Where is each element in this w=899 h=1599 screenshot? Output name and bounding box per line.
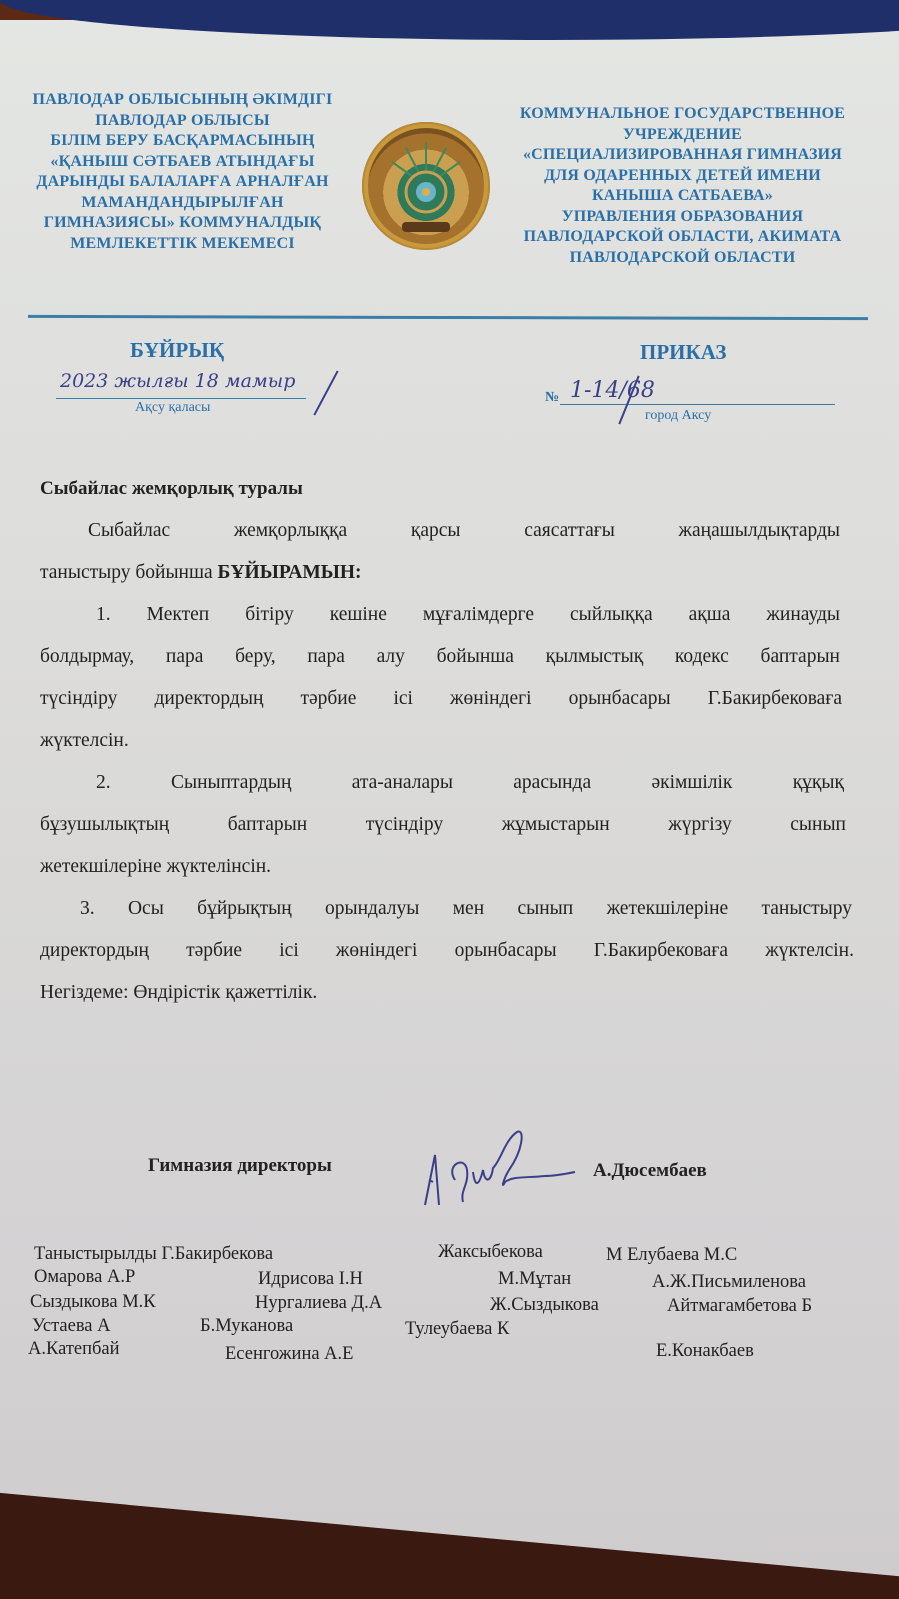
order-number-handwritten: 1-14/68 — [570, 378, 655, 403]
letterhead-line: ПАВЛОДАРСКОЙ ОБЛАСТИ, АКИМАТА — [495, 227, 870, 248]
letterhead-line: ГИМНАЗИЯСЫ» КОММУНАЛДЫҚ — [0, 213, 365, 234]
item-3-line: директордың тәрбие ісі жөніндегі орынбас… — [40, 940, 854, 962]
intro-line: таныстыру бойынша БҰЙЫРАМЫН: — [40, 562, 362, 584]
order-date-handwritten: 2023 жылғы 18 мамыр — [60, 370, 295, 392]
order-subject: Сыбайлас жемқорлық туралы — [40, 478, 303, 500]
state-emblem-icon — [362, 122, 490, 250]
date-underline — [56, 398, 306, 399]
list-item: Нургалиева Д.А — [255, 1294, 382, 1313]
intro-line: Сыбайлас жемқорлыққа қарсы саясаттағы жа… — [88, 520, 840, 542]
list-item: М.Мұтан — [498, 1270, 571, 1289]
city-russian: город Аксу — [645, 408, 711, 424]
signatory-title: Гимназия директоры — [148, 1155, 332, 1177]
letterhead-line: ДЛЯ ОДАРЕННЫХ ДЕТЕЙ ИМЕНИ — [495, 166, 870, 187]
item-1-line: түсіндіру директордың тәрбие ісі жөнінде… — [40, 688, 842, 710]
letterhead-line: ПАВЛОДАР ОБЛЫСЫНЫҢ ӘКІМДІГІ — [0, 90, 365, 111]
order-title-kazakh: БҰЙРЫҚ — [130, 338, 224, 363]
handwritten-signature-icon — [405, 1110, 585, 1220]
list-item: А.Ж.Письмиленова — [652, 1273, 806, 1292]
letterhead-line: УПРАВЛЕНИЯ ОБРАЗОВАНИЯ — [495, 207, 870, 228]
letterhead-russian: КОММУНАЛЬНОЕ ГОСУДАРСТВЕННОЕ УЧРЕЖДЕНИЕ … — [495, 104, 870, 268]
city-kazakh: Ақсу қаласы — [135, 400, 210, 416]
list-item: Устаева А — [32, 1317, 111, 1336]
list-item: Тулеубаева К — [405, 1320, 509, 1339]
item-1-line: жүктелсін. — [40, 730, 129, 752]
item-1-line: болдырмау, пара беру, пара алу бойынша қ… — [40, 646, 840, 668]
list-item: Сыздыкова М.К — [30, 1293, 156, 1312]
item-1-line: 1. Мектеп бітіру кешіне мұғалімдерге сый… — [96, 604, 840, 626]
number-underline — [560, 404, 835, 405]
letterhead-line: ПАВЛОДАР ОБЛЫСЫ — [0, 111, 365, 132]
letterhead-line: «СПЕЦИАЛИЗИРОВАННАЯ ГИМНАЗИЯ — [495, 145, 870, 166]
list-item: Омарова А.Р — [34, 1268, 135, 1287]
list-item: Ж.Сыздыкова — [490, 1296, 599, 1315]
item-2-line: жетекшілеріне жүктелінсін. — [40, 856, 271, 878]
signatory-name: А.Дюсембаев — [593, 1160, 707, 1182]
letterhead-line: МАМАНДАНДЫРЫЛҒАН — [0, 193, 365, 214]
letterhead-line: «ҚАНЫШ СӘТБАЕВ АТЫНДАҒЫ — [0, 152, 365, 173]
directive-word: БҰЙЫРАМЫН: — [218, 562, 362, 583]
list-item: Айтмагамбетова Б — [667, 1297, 812, 1316]
list-item: Есенгожина А.Е — [225, 1345, 353, 1364]
letterhead-line: КОММУНАЛЬНОЕ ГОСУДАРСТВЕННОЕ — [495, 104, 870, 125]
number-sign: № — [545, 390, 559, 406]
list-item: А.Катепбай — [28, 1340, 120, 1359]
item-2-line: 2. Сыныптардың ата-аналары арасында әкім… — [96, 772, 844, 794]
letterhead-line: ПАВЛОДАРСКОЙ ОБЛАСТИ — [495, 248, 870, 269]
intro-text: таныстыру бойынша — [40, 562, 218, 583]
order-title-russian: ПРИКАЗ — [640, 340, 726, 365]
item-2-line: бұзушылықтың баптарын түсіндіру жұмыстар… — [40, 814, 846, 836]
emblem-graphic-icon — [362, 122, 490, 250]
basis-line: Негіздеме: Өндірістік қажеттілік. — [40, 982, 317, 1004]
list-item: Идрисова І.Н — [258, 1270, 363, 1289]
item-3-line: 3. Осы бұйрықтың орындалуы мен сынып жет… — [80, 898, 852, 920]
list-item: Е.Конакбаев — [656, 1342, 754, 1361]
list-item: Жаксыбекова — [438, 1243, 543, 1262]
letterhead-line: МЕМЛЕКЕТТІК МЕКЕМЕСІ — [0, 234, 365, 255]
letterhead-line: УЧРЕЖДЕНИЕ — [495, 125, 870, 146]
list-item: Б.Муканова — [200, 1317, 293, 1336]
acknowledgement-label: Таныстырылды Г.Бакирбекова — [34, 1245, 273, 1264]
letterhead-line: БІЛІМ БЕРУ БАСҚАРМАСЫНЫҢ — [0, 131, 365, 152]
letterhead-kazakh: ПАВЛОДАР ОБЛЫСЫНЫҢ ӘКІМДІГІ ПАВЛОДАР ОБЛ… — [0, 90, 365, 254]
letterhead-line: КАНЫША САТБАЕВА» — [495, 186, 870, 207]
letterhead-line: ДАРЫНДЫ БАЛАЛАРҒА АРНАЛҒАН — [0, 172, 365, 193]
list-item: М Елубаева М.С — [606, 1246, 737, 1265]
